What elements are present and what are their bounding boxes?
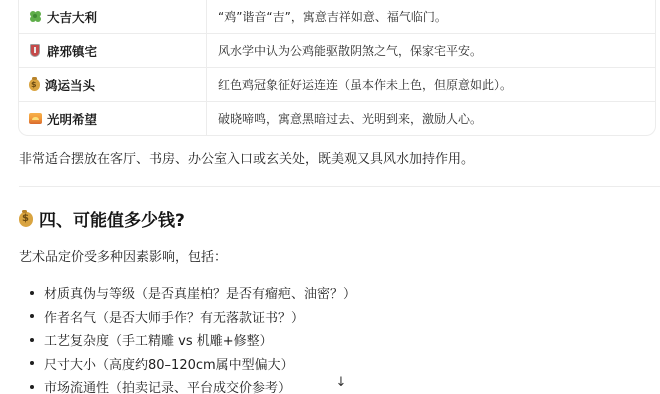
section-heading: 四、可能值多少钱? — [19, 206, 185, 231]
list-item: 市场流通性（拍卖记录、平台成交价参考） — [22, 375, 356, 394]
section-intro: 艺术品定价受多种因素影响，包括： — [19, 246, 227, 265]
meaning-label: 大吉大利 — [47, 8, 97, 26]
table-cell-description: “鸡”谐音“吉”，寓意吉祥如意、福气临门。 — [207, 0, 655, 33]
section-title: 四、可能值多少钱? — [39, 206, 185, 231]
table-cell-description: 破晓啼鸣，寓意黑暗过去、光明到来，激励人心。 — [207, 102, 655, 135]
placement-note: 非常适合摆放在客厅、书房、办公室入口或玄关处，既美观又具风水加持作用。 — [19, 148, 474, 167]
bullet-icon — [30, 361, 34, 365]
chat-response-page: 大吉大利 “鸡”谐音“吉”，寓意吉祥如意、福气临门。 辟邪镇宅 风水学中认为公鸡… — [0, 0, 660, 394]
table-cell-description: 风水学中认为公鸡能驱散阴煞之气，保家宅平安。 — [207, 34, 655, 67]
shield-icon — [30, 44, 40, 57]
table-row: 鸿运当头 红色鸡冠象征好运连连（虽本作未上色，但原意如此）。 — [19, 67, 655, 101]
table-cell-meaning: 大吉大利 — [19, 0, 207, 33]
symbolism-table: 大吉大利 “鸡”谐音“吉”，寓意吉祥如意、福气临门。 辟邪镇宅 风水学中认为公鸡… — [18, 0, 656, 136]
section-divider — [19, 186, 660, 187]
list-item-text: 工艺复杂度（手工精雕 vs 机雕+修整） — [44, 330, 273, 349]
list-item-text: 尺寸大小（高度约80–120cm属中型偏大） — [44, 354, 294, 373]
meaning-label: 辟邪镇宅 — [47, 42, 97, 60]
table-row: 光明希望 破晓啼鸣，寓意黑暗过去、光明到来，激励人心。 — [19, 101, 655, 135]
bullet-icon — [30, 385, 34, 389]
table-cell-meaning: 光明希望 — [19, 102, 207, 135]
sunrise-icon — [29, 113, 42, 124]
scroll-to-bottom-button[interactable]: ↓ — [333, 374, 349, 392]
meaning-label: 光明希望 — [47, 110, 97, 128]
list-item: 工艺复杂度（手工精雕 vs 机雕+修整） — [22, 328, 356, 352]
list-item-text: 材质真伪与等级（是否真崖柏？是否有瘤疤、油密？） — [44, 283, 356, 302]
table-cell-description: 红色鸡冠象征好运连连（虽本作未上色，但原意如此）。 — [207, 68, 655, 101]
list-item-text: 市场流通性（拍卖记录、平台成交价参考） — [44, 377, 291, 394]
arrow-down-icon: ↓ — [336, 375, 347, 390]
pricing-factors-list: 材质真伪与等级（是否真崖柏？是否有瘤疤、油密？） 作者名气（是否大师手作？有无落… — [22, 281, 356, 394]
list-item: 尺寸大小（高度约80–120cm属中型偏大） — [22, 352, 356, 376]
bullet-icon — [30, 291, 34, 295]
meaning-label: 鸿运当头 — [45, 76, 95, 94]
list-item-text: 作者名气（是否大师手作？有无落款证书？） — [44, 307, 304, 326]
bullet-icon — [30, 314, 34, 318]
four-leaf-clover-icon — [29, 10, 42, 23]
table-cell-meaning: 辟邪镇宅 — [19, 34, 207, 67]
money-bag-icon — [19, 212, 33, 227]
table-row: 大吉大利 “鸡”谐音“吉”，寓意吉祥如意、福气临门。 — [19, 0, 655, 33]
money-bag-icon — [29, 79, 40, 91]
table-row: 辟邪镇宅 风水学中认为公鸡能驱散阴煞之气，保家宅平安。 — [19, 33, 655, 67]
bullet-icon — [30, 338, 34, 342]
table-cell-meaning: 鸿运当头 — [19, 68, 207, 101]
list-item: 材质真伪与等级（是否真崖柏？是否有瘤疤、油密？） — [22, 281, 356, 305]
list-item: 作者名气（是否大师手作？有无落款证书？） — [22, 305, 356, 329]
